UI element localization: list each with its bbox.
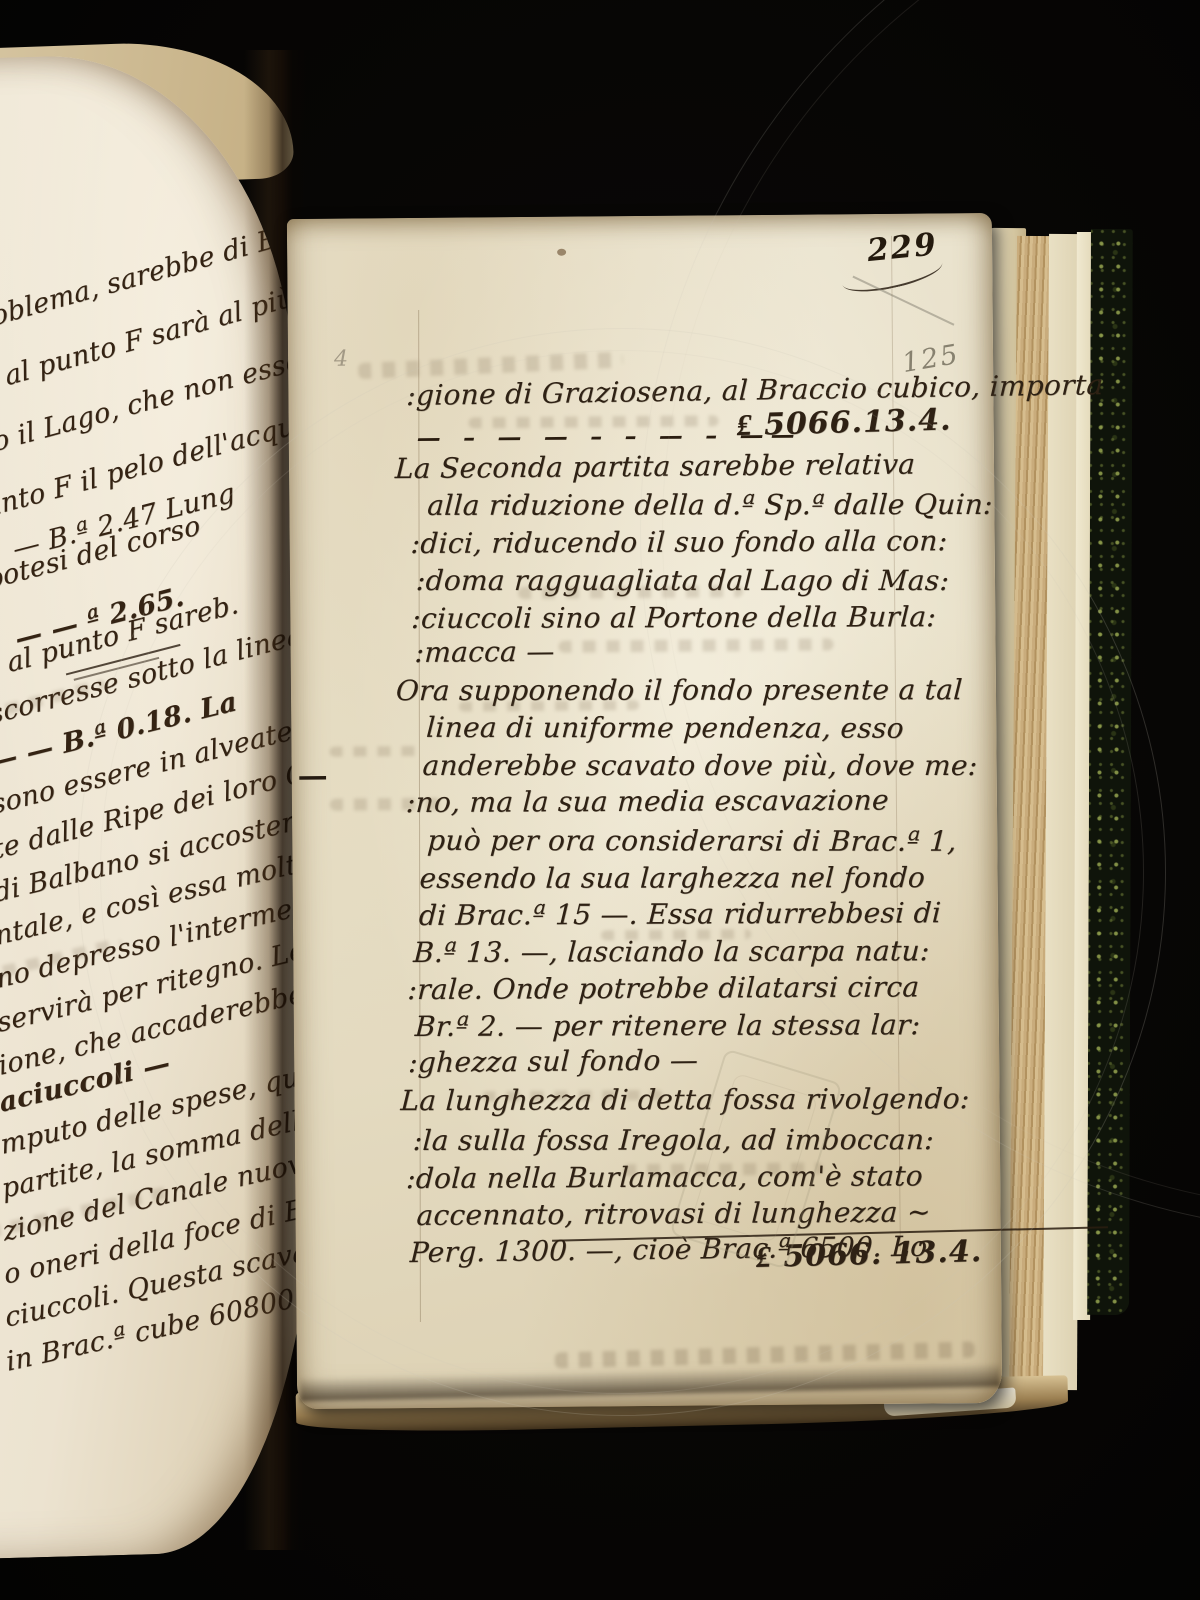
manuscript-line: :rale. Onde potrebbe dilatarsi circa: [407, 972, 920, 1005]
manuscript-line: :macca —: [414, 637, 555, 669]
margin-dash: —: [298, 759, 328, 794]
manuscript-line: B.ª 13. —, lasciando la scarpa natu:: [412, 936, 930, 969]
bleed-smudge: [459, 700, 639, 712]
bleedthrough-mark: 4: [334, 347, 348, 372]
manuscript-line: Br.ª 2. — per ritenere la stessa lar:: [414, 1010, 921, 1043]
manuscript-photo: roblema, sarebbe di Br.ª 1. 97 o al punt…: [0, 0, 1200, 1600]
manuscript-line: anderebbe scavato dove più, dove me:: [422, 751, 979, 782]
manuscript-line: di Brac.ª 15 —. Essa ridurrebbesi di: [418, 898, 942, 932]
right-page: 229 125 4 — :gione di Graziosena, al Bra…: [287, 213, 1002, 1409]
manuscript-line: La Seconda partita sarebbe relativa: [394, 450, 916, 485]
sum-bottom: ₤ 5066. 13.4.: [755, 1235, 982, 1274]
sum-top: ₤ 5066.13.4.: [736, 404, 952, 443]
bleed-smudge: [518, 585, 743, 599]
manuscript-line: :no, ma la sua media escavazione: [405, 786, 889, 819]
manuscript-line: accennato, ritrovasi di lunghezza ~: [416, 1197, 932, 1231]
bleed-smudge: [329, 746, 419, 757]
bleed-smudge: [482, 1090, 662, 1102]
manuscript-line: :dici, riducendo il suo fondo alla con:: [410, 526, 948, 560]
manuscript-line: :la sulla fossa Iregola, ad imboccan:: [412, 1125, 935, 1157]
bleed-smudge: [623, 1162, 823, 1176]
manuscript-line: :ciuccoli sino al Portone della Burla:: [411, 602, 937, 635]
bleed-smudge: [469, 415, 719, 428]
manuscript-line: può per ora considerarsi di Brac.ª 1,: [426, 826, 957, 858]
manuscript-line: linea di uniforme pendenza, esso: [425, 713, 904, 745]
bleed-smudge: [601, 929, 751, 940]
ink-stain: [557, 249, 566, 256]
manuscript-line: :ghezza sul fondo —: [408, 1046, 699, 1079]
bleed-smudge: [330, 798, 442, 811]
bleed-smudge: [358, 352, 623, 380]
bleed-smudge: [559, 638, 834, 652]
manuscript-line: essendo la sua larghezza nel fondo: [419, 863, 926, 895]
manuscript-line: alla riduzione della d.ª Sp.ª dalle Quin…: [427, 490, 994, 522]
